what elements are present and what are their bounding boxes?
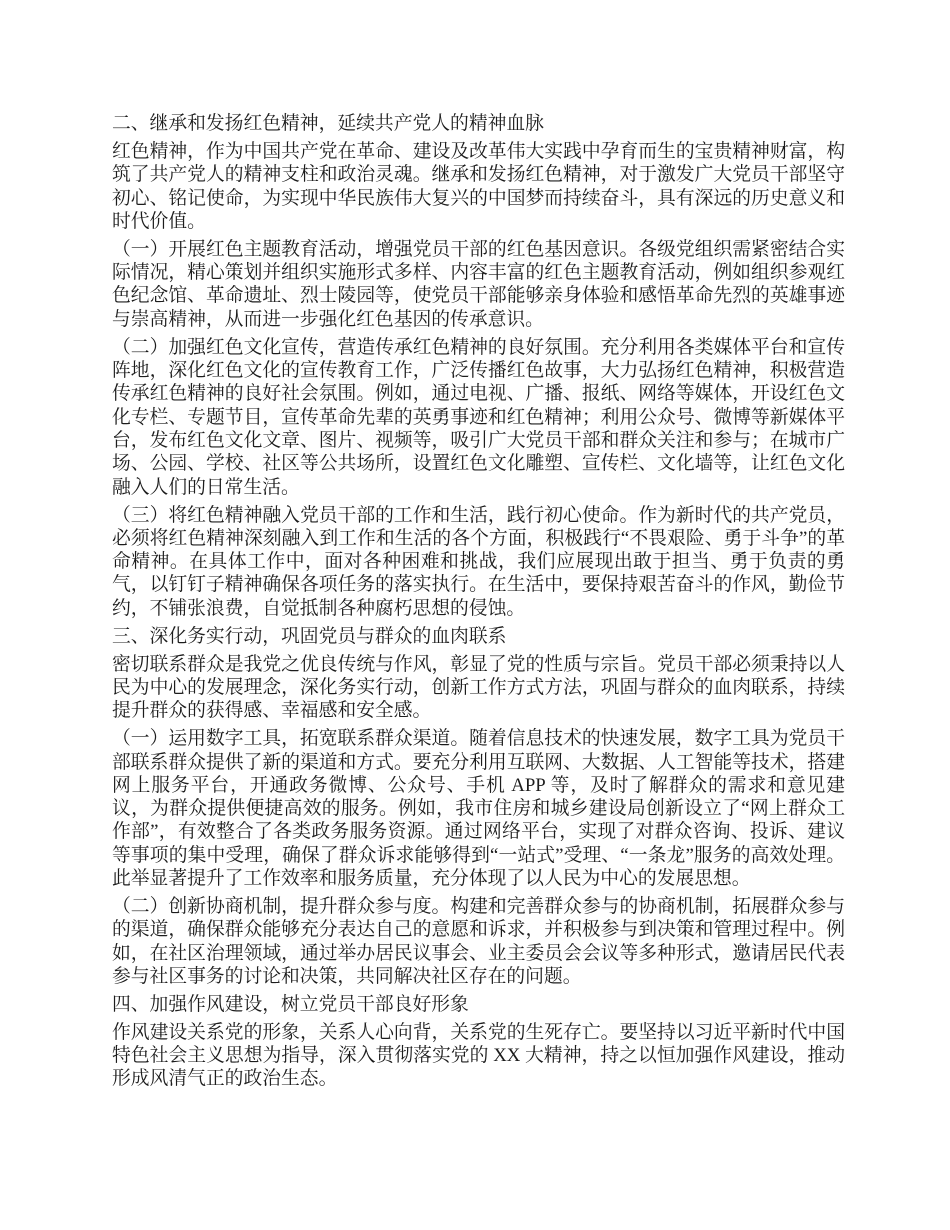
- document-page: 二、继承和发扬红色精神，延续共产党人的精神血脉 红色精神，作为中国共产党在革命、…: [0, 0, 950, 1230]
- paragraph-red-culture-publicity: （二）加强红色文化宣传，营造传承红色精神的良好氛围。充分利用各类媒体平台和宣传阵…: [112, 336, 845, 499]
- section-heading-2: 二、继承和发扬红色精神，延续共产党人的精神血脉: [112, 112, 845, 135]
- paragraph-red-spirit-practice: （三）将红色精神融入党员干部的工作和生活，践行初心使命。作为新时代的共产党员，必…: [112, 504, 845, 620]
- paragraph-red-spirit-intro: 红色精神，作为中国共产党在革命、建设及改革伟大实践中孕育而生的宝贵精神财富，构筑…: [112, 140, 845, 233]
- paragraph-digital-tools: （一）运用数字工具，拓宽联系群众渠道。随着信息技术的快速发展，数字工具为党员干部…: [112, 727, 845, 890]
- section-heading-3: 三、深化务实行动，巩固党员与群众的血肉联系: [112, 625, 845, 648]
- paragraph-red-theme-education: （一）开展红色主题教育活动，增强党员干部的红色基因意识。各级党组织需紧密结合实际…: [112, 238, 845, 331]
- paragraph-work-style: 作风建设关系党的形象，关系人心向背，关系党的生死存亡。要坚持以习近平新时代中国特…: [112, 1021, 845, 1091]
- section-heading-4: 四、加强作风建设，树立党员干部良好形象: [112, 993, 845, 1016]
- paragraph-mass-ties-intro: 密切联系群众是我党之优良传统与作风，彰显了党的性质与宗旨。党员干部必须秉持以人民…: [112, 653, 845, 723]
- paragraph-consultation-mechanism: （二）创新协商机制，提升群众参与度。构建和完善群众参与的协商机制，拓展群众参与的…: [112, 895, 845, 988]
